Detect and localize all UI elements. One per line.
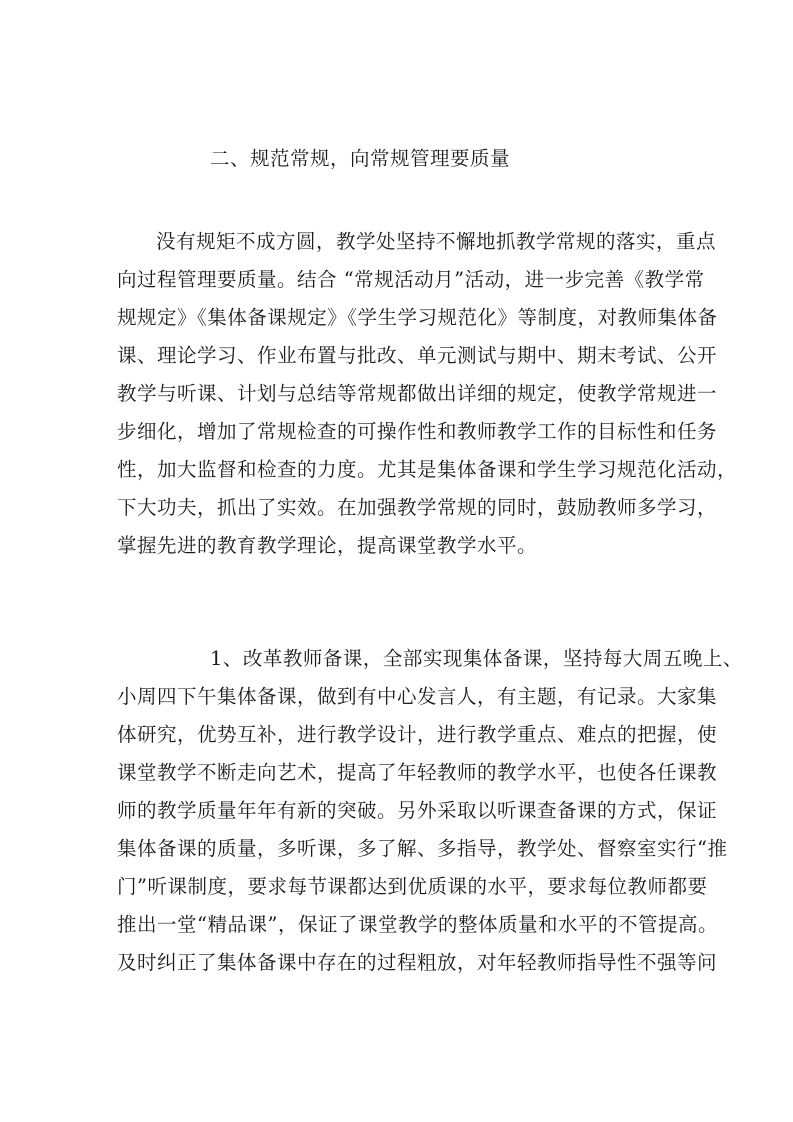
- paragraph-line: 性，加大监督和检查的力度。尤其是集体备课和学生学习规范化活动，: [117, 458, 679, 482]
- paragraph-line: 师的教学质量年年有新的突破。另外采取以听课查备课的方式，保证: [117, 799, 679, 823]
- paragraph-line: 向过程管理要质量。结合 “常规活动月”活动，进一步完善《教学常: [117, 268, 679, 292]
- paragraph-line: 体研究，优势互补，进行教学设计，进行教学重点、难点的把握，使: [117, 723, 679, 747]
- document-page: 二、规范常规，向常规管理要质量 没有规矩不成方圆，教学处坚持不懈地抓教学常规的落…: [0, 0, 793, 1122]
- paragraph-line: 没有规矩不成方圆，教学处坚持不懈地抓教学常规的落实，重点: [156, 230, 679, 254]
- paragraph-line: 集体备课的质量，多听课，多了解、多指导，教学处、督察室实行“推: [117, 837, 679, 861]
- paragraph-line: 课、理论学习、作业布置与批改、单元测试与期中、期末考试、公开: [117, 344, 679, 368]
- paragraph-line: 推出一堂“精品课”，保证了课堂教学的整体质量和水平的不管提高。: [117, 913, 679, 937]
- paragraph-line: 教学与听课、计划与总结等常规都做出详细的规定，使教学常规进一: [117, 382, 679, 406]
- paragraph-line: 下大功夫，抓出了实效。在加强教学常规的同时，鼓励教师多学习，: [117, 496, 679, 520]
- section-heading: 二、规范常规，向常规管理要质量: [210, 147, 510, 171]
- paragraph-line: 及时纠正了集体备课中存在的过程粗放，对年轻教师指导性不强等问: [117, 951, 679, 975]
- paragraph-line: 课堂教学不断走向艺术，提高了年轻教师的教学水平，也使各任课教: [117, 761, 679, 785]
- paragraph-line: 步细化，增加了常规检查的可操作性和教师教学工作的目标性和任务: [117, 420, 679, 444]
- paragraph-line: 小周四下午集体备课，做到有中心发言人，有主题，有记录。大家集: [117, 685, 679, 709]
- paragraph-line: 掌握先进的教育教学理论，提高课堂教学水平。: [117, 534, 679, 558]
- paragraph-line: 规规定》《集体备课规定》《学生学习规范化》等制度，对教师集体备: [117, 306, 679, 330]
- paragraph-line: 1、改革教师备课，全部实现集体备课，坚持每大周五晚上、: [210, 647, 679, 671]
- paragraph-line: 门”听课制度，要求每节课都达到优质课的水平，要求每位教师都要: [117, 875, 679, 899]
